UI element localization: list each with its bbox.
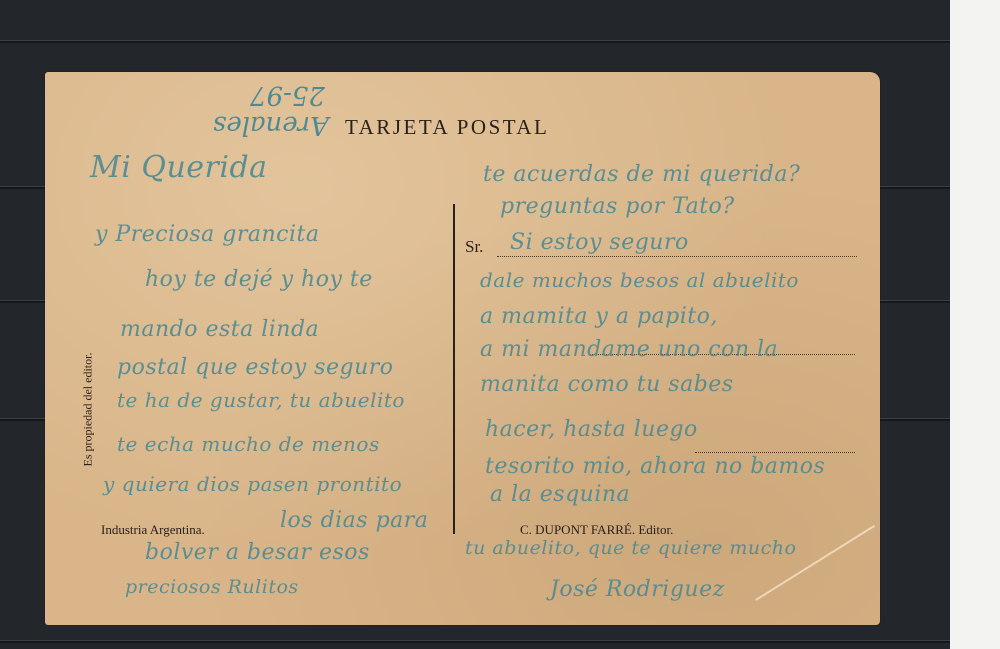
message-line: postal que estoy seguro: [117, 355, 394, 380]
message-line: preguntas por Tato?: [500, 194, 735, 219]
message-line: y Preciosa grancita: [95, 222, 319, 247]
message-line: hacer, hasta luego: [485, 417, 698, 442]
message-line: te echa mucho de menos: [117, 432, 380, 456]
side-imprint: Es propiedad del editor.: [81, 315, 96, 505]
address-line: [497, 256, 857, 257]
page-margin: [950, 0, 1000, 649]
message-line: preciosos Rulitos: [125, 576, 299, 598]
message-line: mando esta linda: [120, 317, 319, 342]
stock-strip-line: [0, 640, 950, 643]
publisher-line: C. DUPONT FARRÉ. Editor.: [520, 522, 673, 538]
message-line: dale muchos besos al abuelito: [480, 268, 799, 292]
message-line: te ha de gustar, tu abuelito: [117, 388, 405, 412]
address-line: [695, 452, 855, 453]
industry-line: Industria Argentina.: [101, 522, 205, 538]
message-line: tesorito mio, ahora no bamos: [485, 454, 825, 479]
address-label: Sr.: [465, 237, 483, 257]
message-line: a la esquina: [490, 482, 630, 507]
stock-strip-line: [0, 40, 950, 43]
upside-down-number: 25-97: [250, 80, 325, 110]
message-line: tu abuelito, que te quiere mucho: [465, 537, 796, 559]
message-line: te acuerdas de mi querida?: [483, 162, 800, 187]
center-divider: [453, 204, 455, 534]
message-line: y quiera dios pasen prontito: [103, 472, 402, 496]
message-line: los dias para: [280, 508, 428, 533]
upside-down-word: Arenales: [213, 110, 329, 140]
signature: José Rodriguez: [550, 577, 725, 602]
message-line: Si estoy seguro: [510, 230, 689, 255]
message-line: manita como tu sabes: [480, 372, 734, 397]
message-line: hoy te dejé y hoy te: [145, 267, 373, 292]
message-line: a mamita y a papito,: [480, 304, 718, 329]
message-line: Mi Querida: [90, 150, 268, 185]
message-line: bolver a besar esos: [145, 540, 370, 565]
postcard: 25-97 Arenales TARJETA POSTAL Es propied…: [45, 72, 880, 625]
postcard-title: TARJETA POSTAL: [345, 115, 549, 140]
message-line: a mi mandame uno con la: [480, 337, 778, 362]
